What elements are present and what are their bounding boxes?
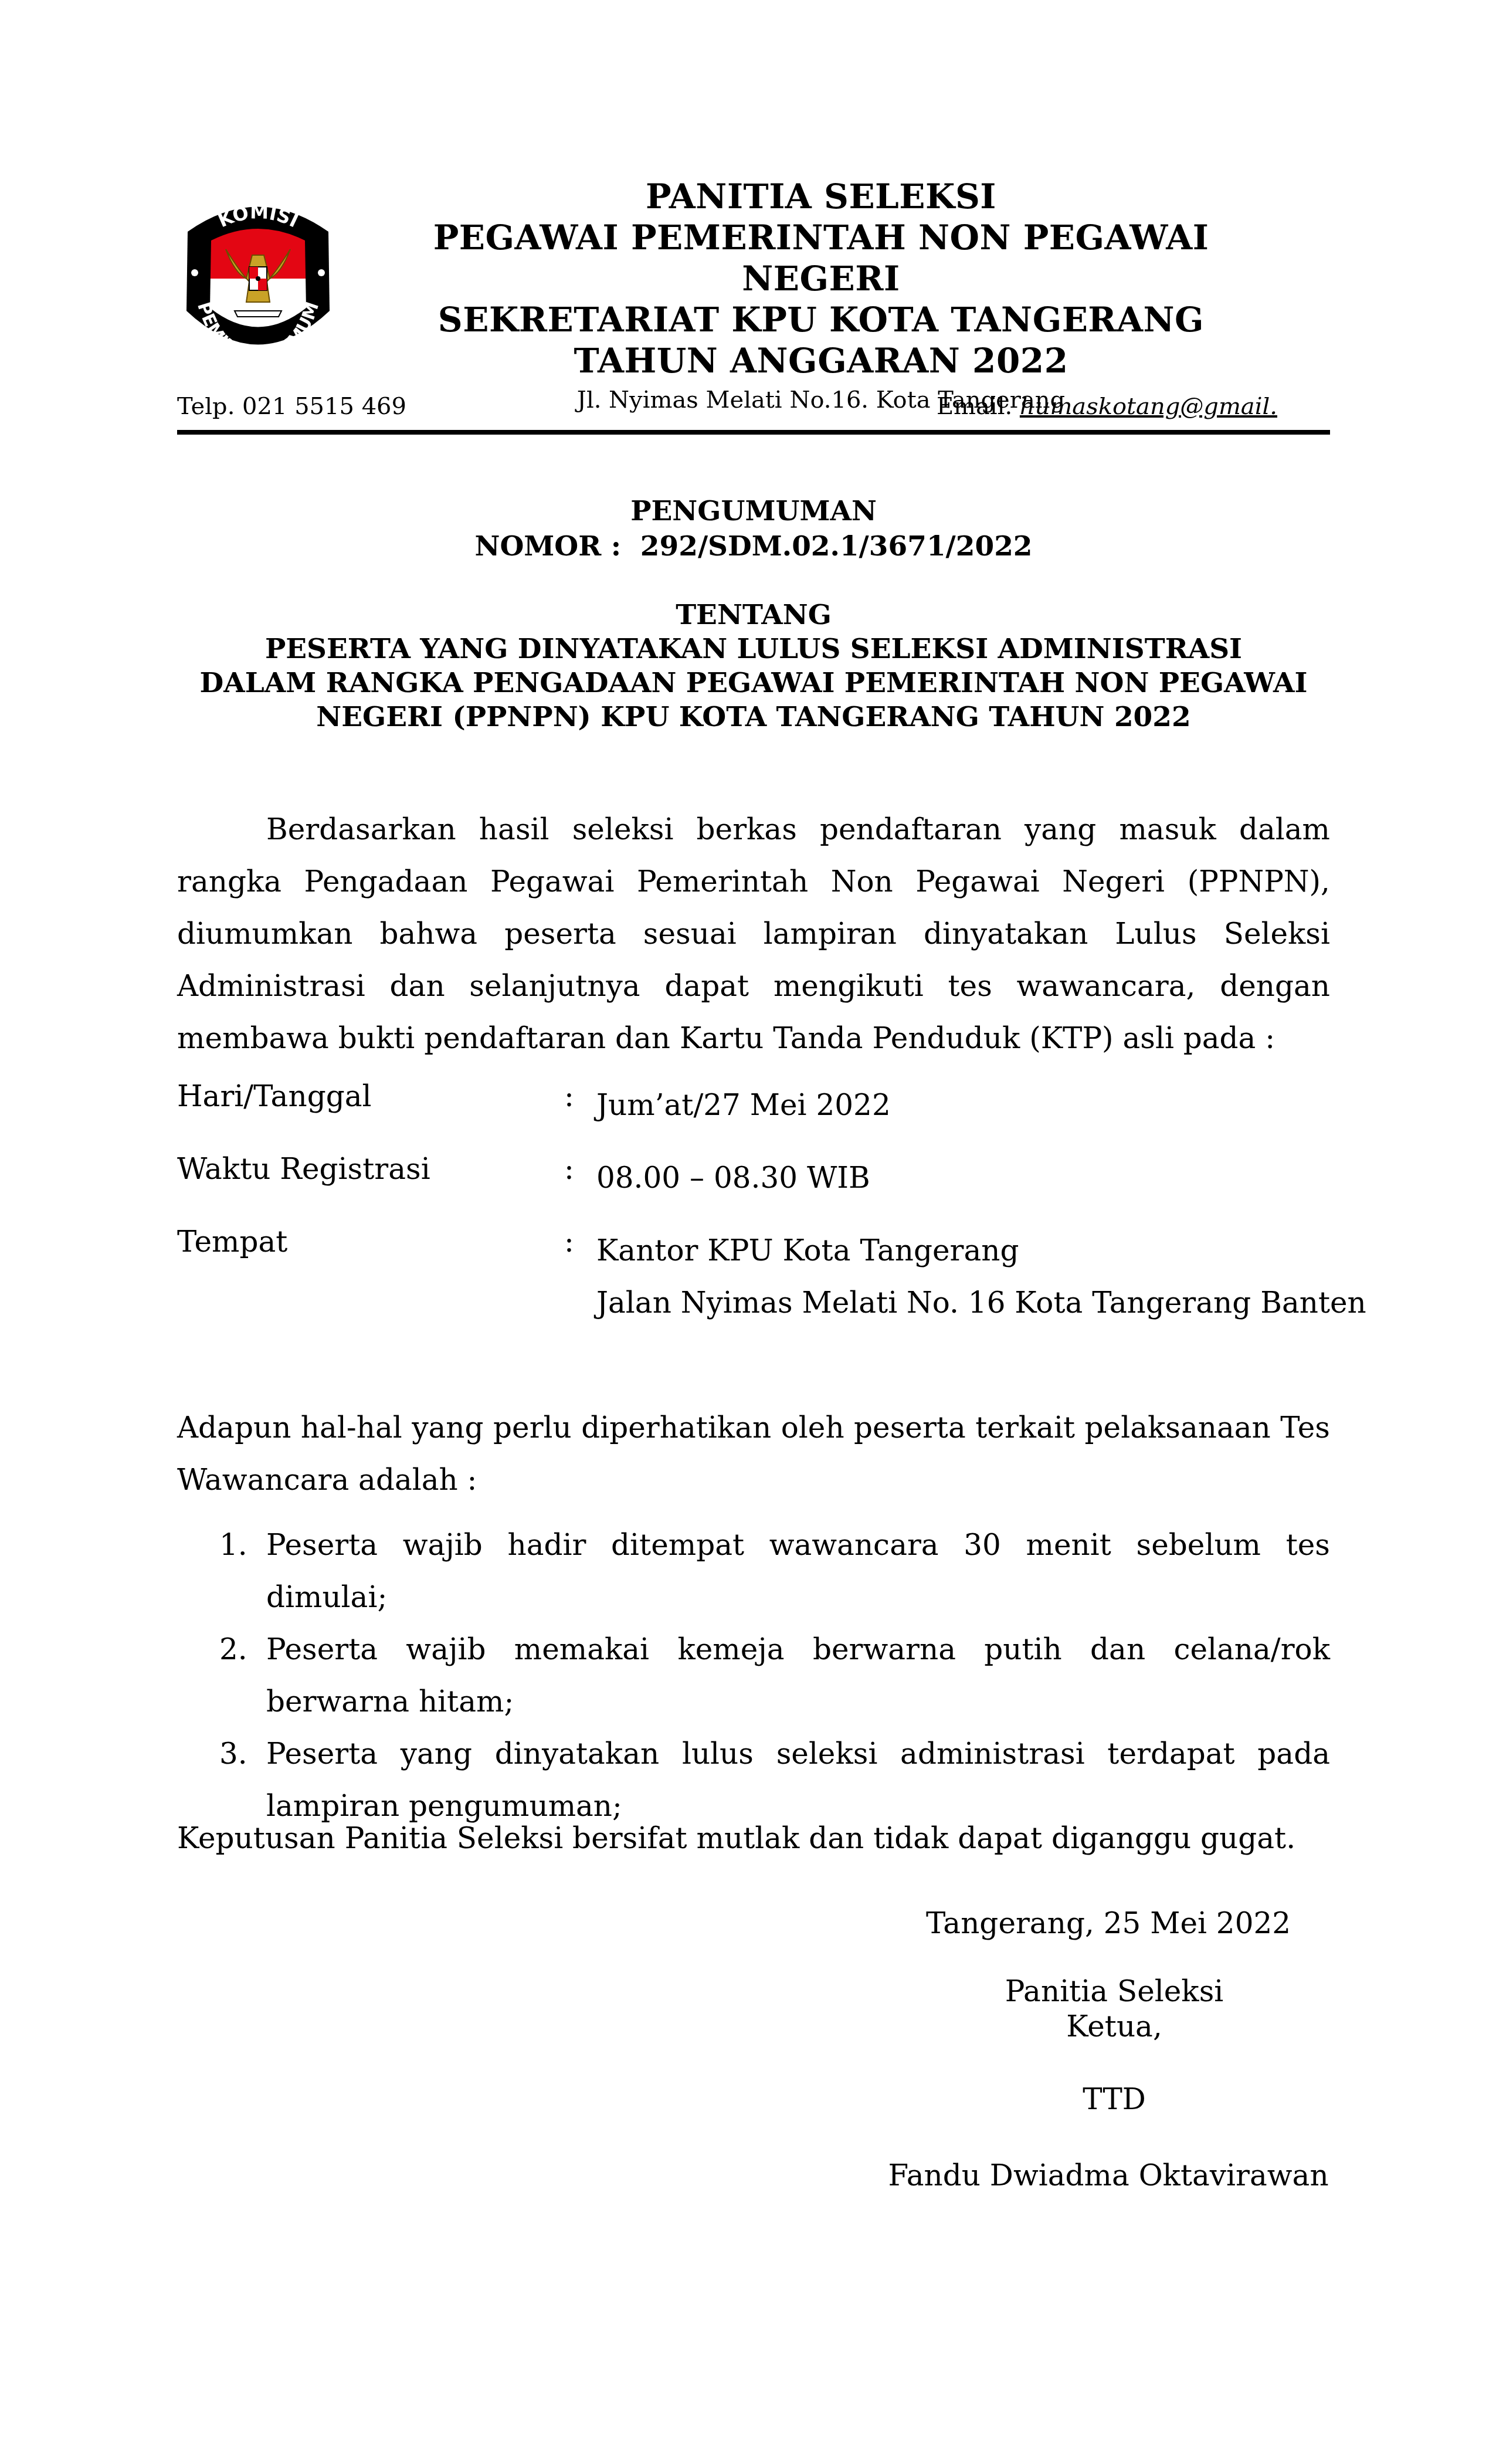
detail-label: Hari/Tanggal [177,1079,371,1113]
schedule-details: Hari/Tanggal : Jum’at/27 Mei 2022 Waktu … [177,1079,1332,1342]
list-number: 1. [219,1519,247,1571]
letterhead-line-4: TAHUN ANGGARAN 2022 [352,340,1290,381]
announcement-subject: TENTANG PESERTA YANG DINYATAKAN LULUS SE… [176,598,1331,734]
detail-value-line: Jalan Nyimas Melati No. 16 Kota Tangeran… [596,1277,1366,1329]
detail-value-line: Jum’at/27 Mei 2022 [596,1079,891,1131]
email-link[interactable]: humaskotang@gmail. [1020,393,1277,420]
detail-row-time: Waktu Registrasi : 08.00 – 08.30 WIB [177,1152,1332,1225]
detail-label: Waktu Registrasi [177,1152,430,1186]
notes-intro: Adapun hal-hal yang perlu diperhatikan o… [177,1402,1330,1506]
list-item: 1. Peserta wajib hadir ditempat wawancar… [177,1519,1330,1624]
intro-paragraph: Berdasarkan hasil seleksi berkas pendaft… [177,804,1330,1065]
signature-place-date: Tangerang, 25 Mei 2022 [897,1906,1319,1940]
letterhead-line-2: PEGAWAI PEMERINTAH NON PEGAWAI NEGERI [352,217,1290,299]
detail-colon: : [564,1225,574,1259]
letterhead: PANITIA SELEKSI PEGAWAI PEMERINTAH NON P… [352,176,1290,418]
list-text: Peserta yang dinyatakan lulus seleksi ad… [266,1737,1330,1823]
contact-row: Telp. 021 5515 469 Email. humaskotang@gm… [177,393,1330,428]
letterhead-divider [177,430,1330,435]
list-item: 2. Peserta wajib memakai kemeja berwarna… [177,1624,1330,1728]
email-label: Email. [937,393,1012,420]
signatory-name: Fandu Dwiadma Oktavirawan [856,2158,1361,2192]
signature-org: Panitia Seleksi [850,1974,1378,2009]
closing-statement: Keputusan Panitia Seleksi bersifat mutla… [177,1812,1330,1865]
list-number: 2. [219,1624,247,1676]
detail-value: Jum’at/27 Mei 2022 [596,1079,891,1131]
detail-row-place: Tempat : Kantor KPU Kota Tangerang Jalan… [177,1225,1332,1342]
letterhead-line-3: SEKRETARIAT KPU KOTA TANGERANG [352,299,1290,340]
subject-line-3: NEGERI (PPNPN) KPU KOTA TANGERANG TAHUN … [176,700,1331,734]
phone-number: Telp. 021 5515 469 [177,393,406,420]
detail-label: Tempat [177,1225,287,1259]
subject-line-1: PESERTA YANG DINYATAKAN LULUS SELEKSI AD… [176,632,1331,666]
letterhead-line-1: PANITIA SELEKSI [352,176,1290,217]
kpu-emblem-icon: KOMISI PEMILIHAN UMUM [176,185,340,367]
detail-value: Kantor KPU Kota Tangerang Jalan Nyimas M… [596,1225,1366,1329]
announcement-heading: PENGUMUMAN NOMOR : 292/SDM.02.1/3671/202… [176,494,1331,564]
announcement-number: NOMOR : 292/SDM.02.1/3671/2022 [176,529,1331,564]
notes-list: 1. Peserta wajib hadir ditempat wawancar… [177,1519,1330,1832]
list-text: Peserta wajib memakai kemeja berwarna pu… [266,1632,1330,1719]
detail-value-line: 08.00 – 08.30 WIB [596,1152,870,1204]
detail-colon: : [564,1152,574,1186]
detail-row-date: Hari/Tanggal : Jum’at/27 Mei 2022 [177,1079,1332,1152]
subject-line-2: DALAM RANGKA PENGADAAN PEGAWAI PEMERINTA… [176,666,1331,700]
announcement-title: PENGUMUMAN [176,494,1331,529]
detail-value: 08.00 – 08.30 WIB [596,1152,870,1204]
detail-colon: : [564,1079,574,1113]
email-info: Email. humaskotang@gmail. [937,393,1277,420]
document-page: KOMISI PEMILIHAN UMUM PANITIA SELEKSI PE… [0,0,1496,2464]
list-number: 3. [219,1728,247,1780]
detail-value-line: Kantor KPU Kota Tangerang [596,1225,1366,1277]
signature-role: Ketua, [850,2009,1378,2044]
signature-mark: TTD [850,2082,1378,2116]
about-label: TENTANG [176,598,1331,632]
signature-block: Panitia Seleksi Ketua, [850,1974,1378,2044]
list-text: Peserta wajib hadir ditempat wawancara 3… [266,1528,1330,1614]
